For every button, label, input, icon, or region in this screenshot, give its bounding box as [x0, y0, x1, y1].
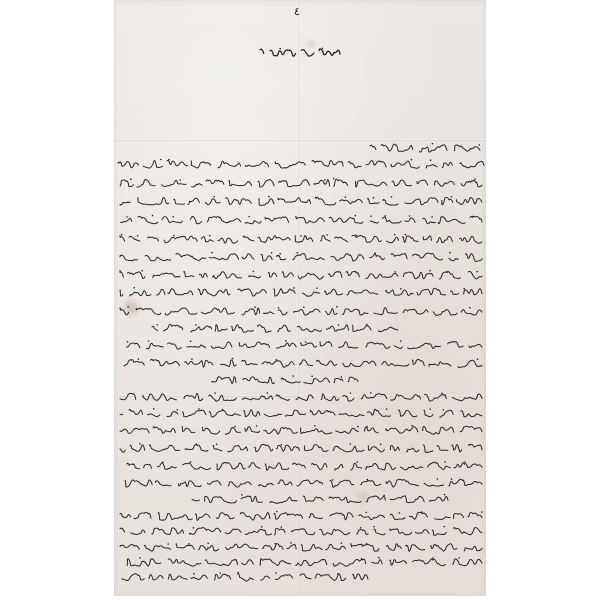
script-strokes	[118, 407, 484, 419]
script-strokes	[118, 286, 484, 298]
script-strokes	[118, 233, 484, 245]
script-strokes	[118, 460, 484, 472]
handwritten-line	[120, 571, 370, 583]
handwritten-line	[118, 251, 484, 263]
handwritten-line	[368, 142, 482, 154]
script-strokes	[118, 214, 484, 226]
script-strokes	[150, 322, 400, 334]
handwritten-line	[118, 541, 484, 553]
handwritten-line	[118, 477, 484, 489]
handwritten-line	[118, 214, 484, 226]
script-strokes	[118, 424, 484, 436]
script-strokes	[118, 339, 484, 351]
handwritten-line	[116, 158, 486, 170]
script-strokes	[118, 269, 484, 281]
title-line	[258, 46, 342, 58]
handwritten-line	[118, 424, 484, 436]
paper-fold	[114, 139, 486, 141]
handwritten-line	[118, 286, 484, 298]
handwritten-line	[118, 233, 484, 245]
script-strokes	[258, 46, 342, 58]
handwritten-line	[210, 374, 360, 386]
script-strokes	[116, 158, 486, 170]
handwritten-line	[118, 442, 484, 454]
handwritten-line	[118, 339, 484, 351]
handwritten-line	[118, 391, 484, 403]
paper-fold	[297, 0, 299, 597]
script-strokes	[210, 374, 360, 386]
script-strokes	[118, 477, 484, 489]
handwritten-line	[118, 407, 484, 419]
script-strokes	[118, 525, 484, 537]
handwritten-line	[190, 493, 450, 505]
script-strokes	[118, 442, 484, 454]
script-strokes	[118, 195, 484, 207]
handwritten-line	[118, 357, 484, 369]
script-strokes	[118, 391, 484, 403]
handwritten-line	[150, 322, 400, 334]
document-page	[114, 0, 486, 597]
page-bottom-edge	[114, 596, 486, 600]
script-strokes	[368, 142, 482, 154]
script-strokes	[118, 510, 484, 522]
script-strokes	[118, 541, 484, 553]
script-strokes	[118, 305, 484, 317]
script-strokes	[118, 357, 484, 369]
page-number-mark: ٤	[294, 6, 300, 17]
script-strokes	[120, 571, 370, 583]
handwritten-line	[118, 510, 484, 522]
handwritten-line	[118, 460, 484, 472]
script-strokes	[118, 556, 484, 568]
script-strokes	[118, 251, 484, 263]
script-strokes	[118, 177, 484, 189]
script-strokes	[190, 493, 450, 505]
handwritten-line	[118, 195, 484, 207]
handwritten-line	[118, 556, 484, 568]
handwritten-line	[118, 269, 484, 281]
handwritten-line	[118, 305, 484, 317]
handwritten-line	[118, 177, 484, 189]
handwritten-line	[118, 525, 484, 537]
